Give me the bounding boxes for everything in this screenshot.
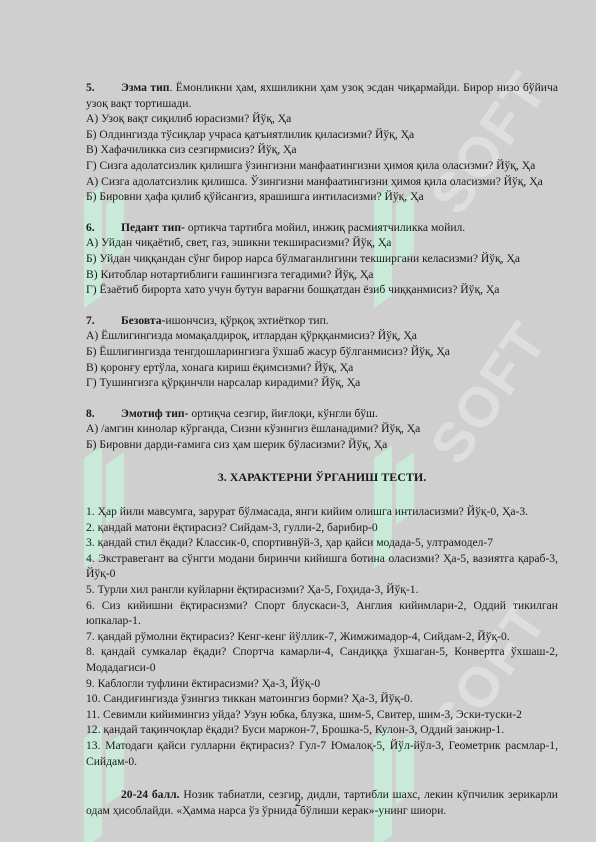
test-questions: 1. Ҳар йили мавсумга, зарурат бўлмасада,… (86, 504, 558, 769)
document-page: 5.Эзма тип. Ёмонликни ҳам, яхшиликни ҳам… (86, 80, 558, 818)
section-number: 5. (86, 80, 121, 96)
question-item: А) Сизга адолатсизлик қилишса. Ўзингизни… (86, 174, 558, 190)
question-item: Б) Уйдан чиққандан сўнг бирор нарса бўлм… (86, 251, 558, 267)
question-item: А) Уйдан чиқаётиб, свет, газ, эшикни тек… (86, 235, 558, 251)
test-question: 5. Турли хил рангли куйларни ёқтирасизми… (86, 582, 558, 598)
section-number: 8. (86, 406, 121, 422)
section-header: 7.Безовта-ишончсиз, қўрқоқ эхтиёткор тип… (86, 313, 558, 329)
question-item: А) Ёшлигингизда момақалдироқ, итлардан қ… (86, 328, 558, 344)
question-item: В) Китоблар нотартиблиги ғашингизга тега… (86, 267, 558, 283)
question-item: А) Узоқ вақт сиқилиб юрасизми? Йўқ, Ҳа (86, 111, 558, 127)
question-item: Б) Бировни ҳафа қилиб қўйсангиз, ярашишг… (86, 189, 558, 205)
question-item: Г) Ёзаётиб бирорта хато учун бутун варағ… (86, 282, 558, 298)
section-number: 6. (86, 220, 121, 236)
character-type-sections: 5.Эзма тип. Ёмонликни ҳам, яхшиликни ҳам… (86, 80, 558, 452)
section-number: 7. (86, 313, 121, 329)
type-section: 6.Педант тип- ортикча тартибга мойил, ин… (86, 220, 558, 298)
question-item: Г) Сизга адолатсизлик қилишга ўзингизни … (86, 158, 558, 174)
question-item: Б) Бировни дарди-ғамига сиз ҳам шерик бў… (86, 437, 558, 453)
page-number: 2 (0, 795, 596, 810)
section-header: 6.Педант тип- ортикча тартибга мойил, ин… (86, 220, 558, 236)
question-item: Г) Тушингизга қўрқинчли нарсалар кирадим… (86, 375, 558, 391)
test-question: 13. Матодаги қайси гулларни ёқтирасиз? Г… (86, 738, 558, 769)
test-question: 9. Каблогли туфлини ёктирасизми? Ҳа-3, Й… (86, 676, 558, 692)
test-question: 2. қандай матони ёқтирасиз? Сийдам-3, гу… (86, 520, 558, 536)
type-section: 8.Эмотиф тип- ортиқча сезгир, йиғлоқи, к… (86, 406, 558, 453)
test-question: 12. қандай тақинчоқлар ёқади? Буси маржо… (86, 722, 558, 738)
type-section: 5.Эзма тип. Ёмонликни ҳам, яхшиликни ҳам… (86, 80, 558, 205)
question-item: Б) Ёшлигингизда тенгдошларингизга ўхшаб … (86, 344, 558, 360)
test-question: 3. қандай стил ёқади? Классик-0, спортив… (86, 535, 558, 551)
question-item: В) қоронғу ертўла, хонага кириш ёқимсизм… (86, 360, 558, 376)
section-description: ишончсиз, қўрқоқ эхтиёткор тип. (165, 314, 328, 327)
section-title: Эзма тип (121, 81, 169, 94)
test-question: 10. Сандиғингизда ўзингиз тиккан матоинг… (86, 691, 558, 707)
section-title: Эмотиф тип- (121, 407, 188, 420)
test-question: 6. Сиз кийишни ёқтирасизми? Спорт блуска… (86, 598, 558, 629)
section-description: ортиқча сезгир, йиғлоқи, кўнгли бўш. (188, 407, 377, 420)
question-item: В) Хафачиликка сиз сезгирмисиз? Йўқ, Ҳа (86, 142, 558, 158)
test-question: 11. Севимли кийимингиз уйда? Узун юбка, … (86, 707, 558, 723)
question-item: Б) Олдингизда тўсиқлар учраса қатъиятлил… (86, 127, 558, 143)
test-question: 1. Ҳар йили мавсумга, зарурат бўлмасада,… (86, 504, 558, 520)
section-title: Безовта- (121, 314, 165, 327)
section-header: 8.Эмотиф тип- ортиқча сезгир, йиғлоқи, к… (86, 406, 558, 422)
test-question: 4. Экстравегант ва сўнгги модани биринчи… (86, 551, 558, 582)
section-description: ортикча тартибга мойил, инжиқ расмиятчил… (185, 221, 465, 234)
test-heading: 3. ХАРАКТЕРНИ ЎРГАНИШ ТЕСТИ. (86, 470, 558, 486)
question-item: А) /амгин кинолар кўрганда, Сизни кўзинг… (86, 421, 558, 437)
type-section: 7.Безовта-ишончсиз, қўрқоқ эхтиёткор тип… (86, 313, 558, 391)
test-question: 8. қандай сумкалар ёқади? Спортча камарл… (86, 644, 558, 675)
section-title: Педант тип- (121, 221, 185, 234)
test-question: 7. қандай рўмолни ёқтирасиз? Кенг-кенг й… (86, 629, 558, 645)
section-header: 5.Эзма тип. Ёмонликни ҳам, яхшиликни ҳам… (86, 80, 558, 111)
